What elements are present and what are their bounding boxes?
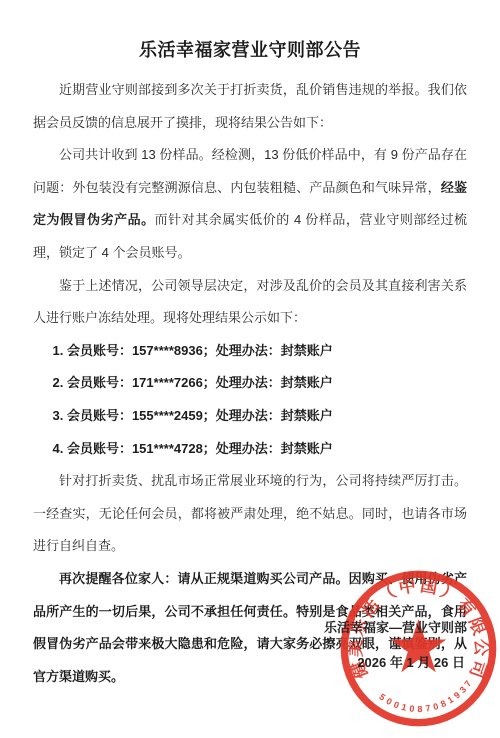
announcement-document: 乐活幸福家营业守则部公告 近期营业守则部接到多次关于打折卖货，乱价销售违规的举报… bbox=[0, 0, 500, 738]
account-list-item: 3. 会员账号：155****2459；处理办法：封禁账户 bbox=[33, 400, 467, 433]
body-paragraph: 针对打折卖货、扰乱市场正常展业环境的行为，公司将持续严厉打击。一经查实，无论任何… bbox=[33, 465, 467, 563]
account-list-item: 2. 会员账号：171****7266；处理办法：封禁账户 bbox=[33, 367, 467, 400]
text-segment: 公司共计收到 13 份样品。经检测，13 份低价样品中，有 9 份产品存在问题：… bbox=[33, 147, 467, 195]
bold-text-segment: 4. 会员账号：151****4728；处理办法：封禁账户 bbox=[53, 441, 333, 456]
signature-date: 2026 年 1 月 26 日 bbox=[324, 652, 465, 671]
bold-text-segment: 3. 会员账号：155****2459；处理办法：封禁账户 bbox=[53, 408, 333, 423]
document-title: 乐活幸福家营业守则部公告 bbox=[33, 36, 467, 62]
body-paragraph: 近期营业守则部接到多次关于打折卖货，乱价销售违规的举报。我们依据会员反馈的信息展… bbox=[33, 74, 467, 139]
bold-text-segment: 1. 会员账号：157****8936；处理办法：封禁账户 bbox=[53, 343, 333, 358]
bold-text-segment: 2. 会员账号：171****7266；处理办法：封禁账户 bbox=[53, 375, 333, 390]
text-segment: 鉴于上述情况，公司领导层决定，对涉及乱价的会员及其直接利害关系人进行账户冻结处理… bbox=[33, 278, 467, 326]
signature-block: 乐活幸福家—营业守则部 2026 年 1 月 26 日 bbox=[324, 617, 467, 671]
signature-name: 乐活幸福家—营业守则部 bbox=[324, 617, 467, 636]
text-segment: 针对打折卖货、扰乱市场正常展业环境的行为，公司将持续严厉打击。一经查实，无论任何… bbox=[33, 473, 467, 553]
text-segment: 近期营业守则部接到多次关于打折卖货，乱价销售违规的举报。我们依据会员反馈的信息展… bbox=[33, 82, 467, 130]
account-list-item: 1. 会员账号：157****8936；处理办法：封禁账户 bbox=[33, 335, 467, 368]
body-paragraph: 公司共计收到 13 份样品。经检测，13 份低价样品中，有 9 份产品存在问题：… bbox=[33, 139, 467, 269]
account-list-item: 4. 会员账号：151****4728；处理办法：封禁账户 bbox=[33, 433, 467, 466]
body-paragraph: 鉴于上述情况，公司领导层决定，对涉及乱价的会员及其直接利害关系人进行账户冻结处理… bbox=[33, 270, 467, 335]
